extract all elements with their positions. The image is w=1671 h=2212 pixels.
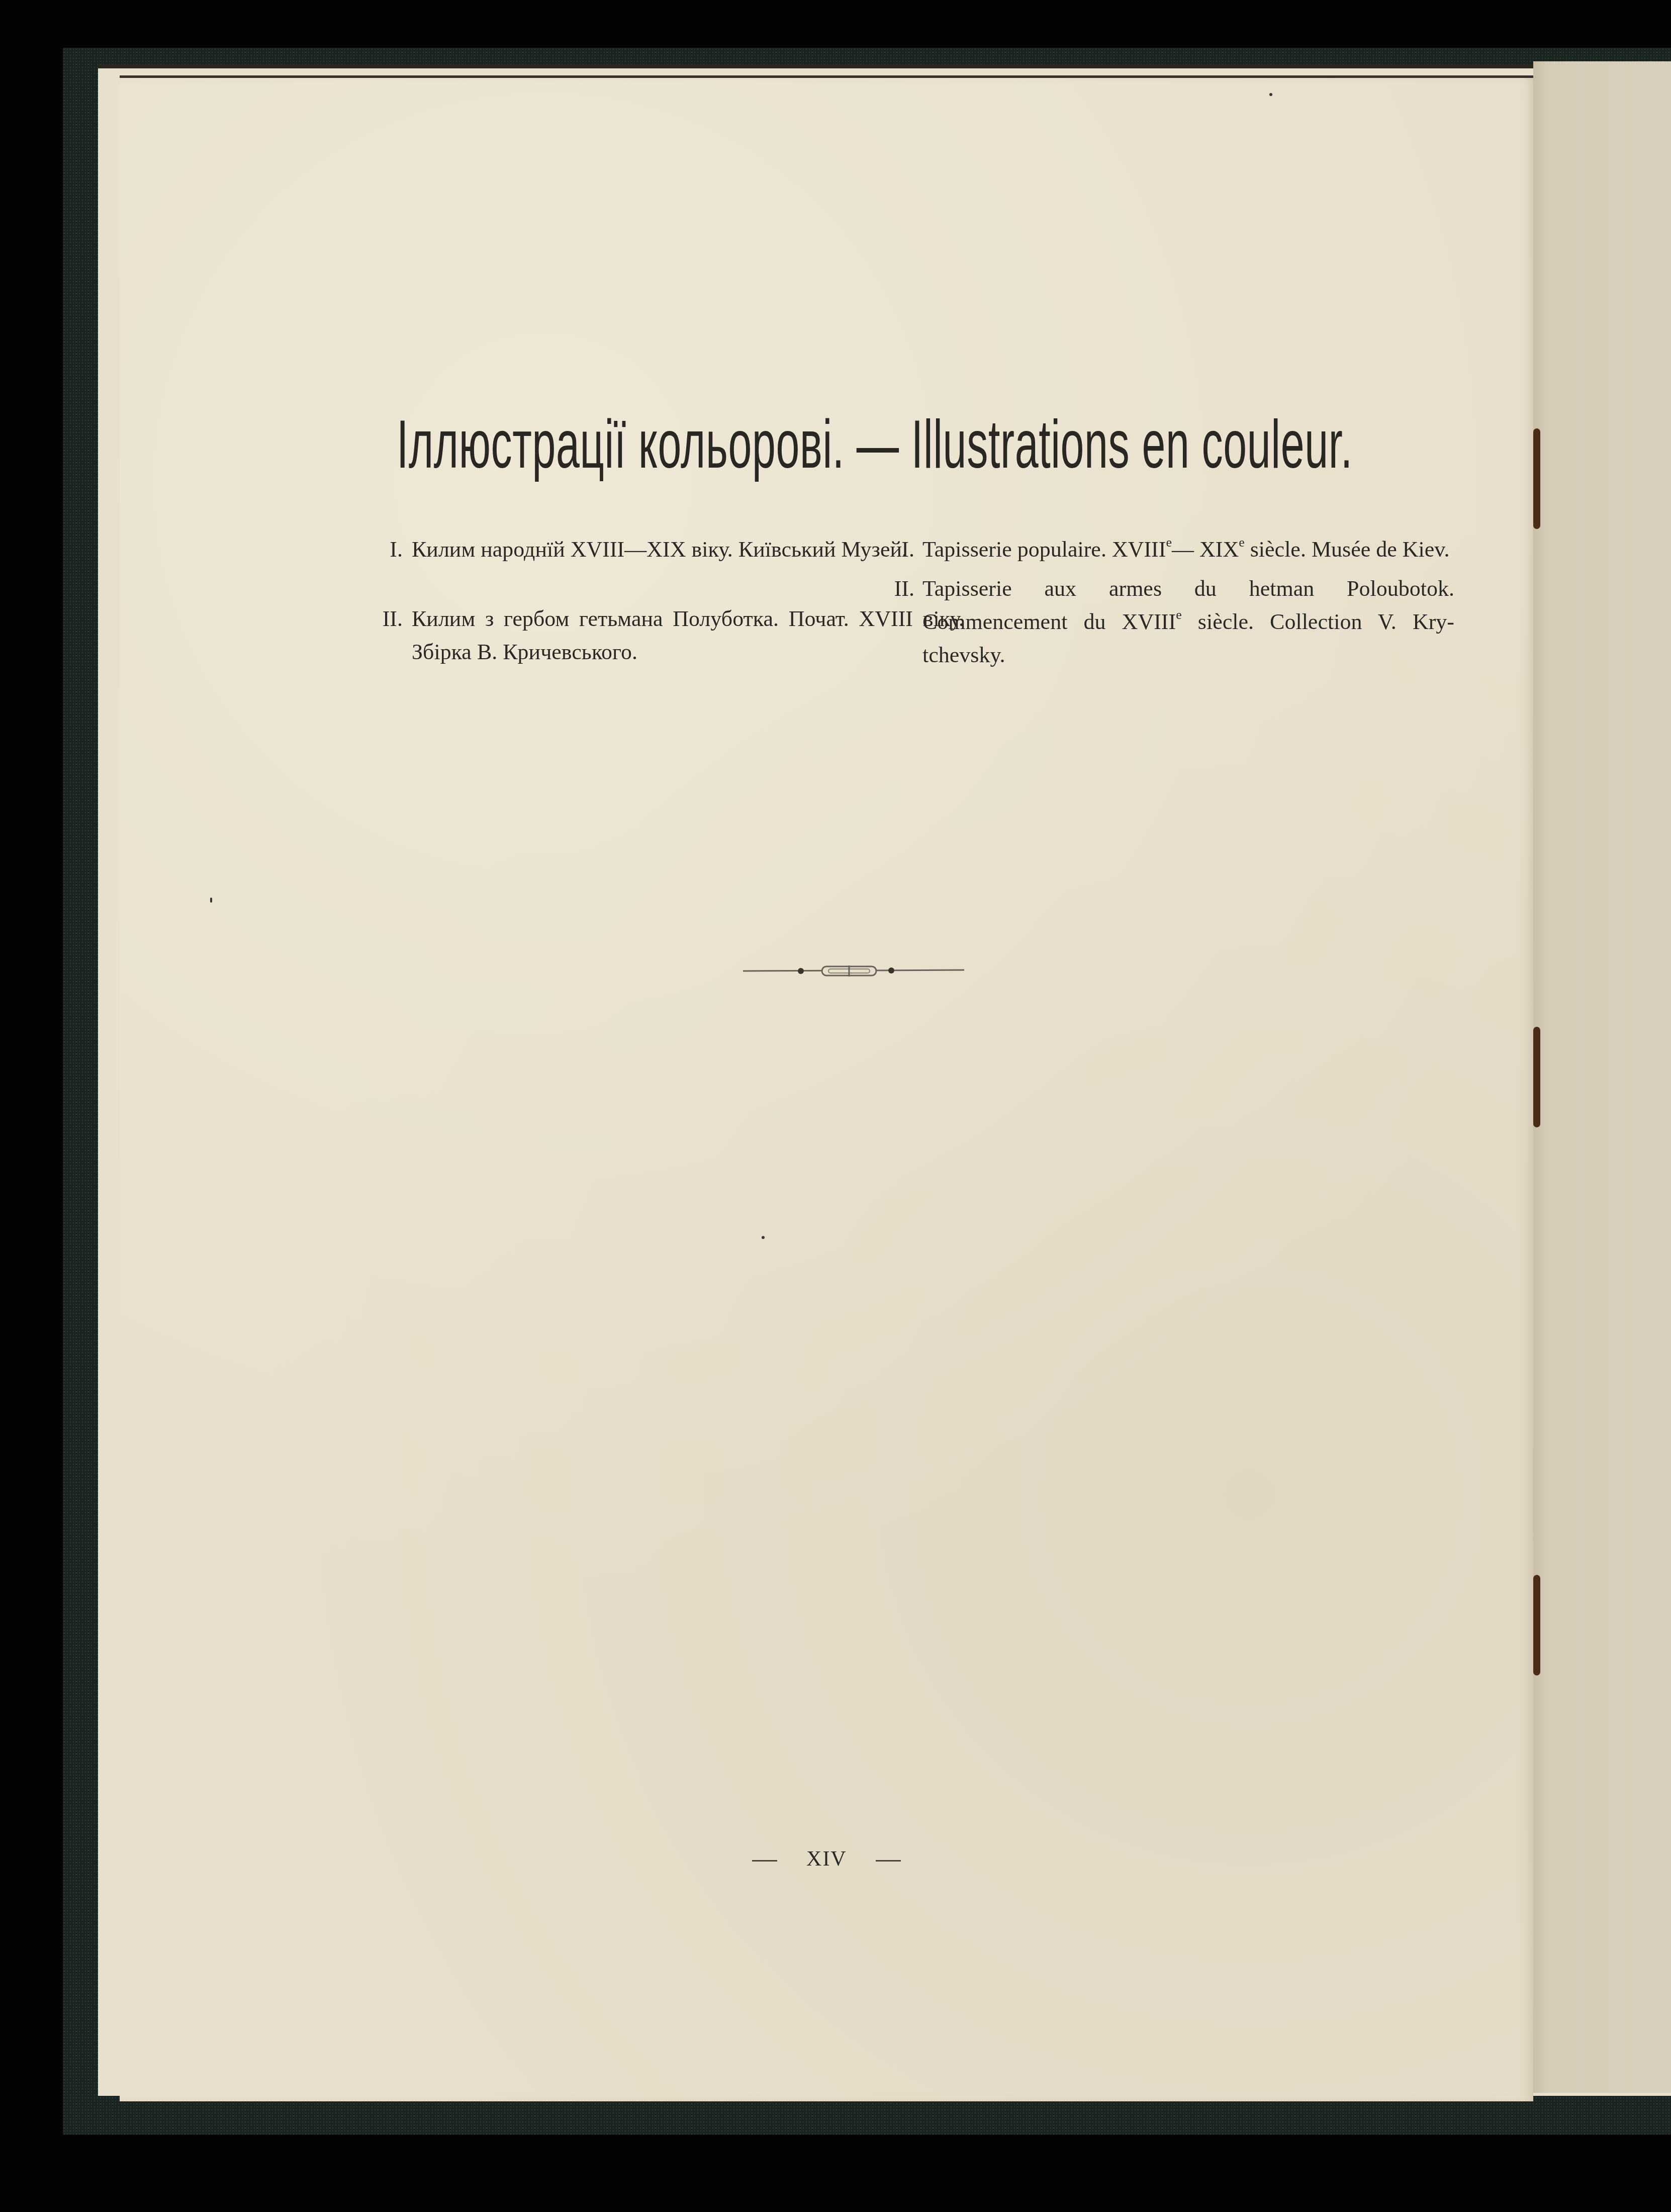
title-ukrainian: Іллюстрації кольорові. (397, 406, 845, 482)
binding-stitch (1533, 1575, 1540, 1675)
decorative-rule-ornament (740, 963, 967, 978)
item-text: Килим з гербом гетьмана Полуботка. Почат… (412, 602, 964, 669)
list-item: I. Килим народнїй XVIII—XIX віку. Київсь… (374, 533, 964, 566)
item-number: II. (374, 602, 403, 669)
book-page: Іллюстрації кольорові. — Illustrations e… (120, 75, 1533, 2101)
item-number: II. (886, 572, 914, 672)
item-number: I. (374, 533, 403, 566)
list-item: II. Tapisserie aux armes du hetman Polou… (886, 572, 1454, 672)
paper-speck (762, 1236, 765, 1239)
item-text: Tapisserie populaire. XVIIIe— XIXe siècl… (922, 533, 1454, 566)
item-number: I. (886, 533, 914, 566)
next-page-edge (1533, 61, 1671, 2093)
folio-dash-right (876, 1860, 901, 1862)
item-text: Килим народнїй XVIII—XIX віку. Київський… (412, 533, 964, 566)
folio-dash-left (752, 1860, 777, 1862)
binding-stitch (1533, 1027, 1540, 1127)
ukrainian-list: I. Килим народнїй XVIII—XIX віку. Київсь… (374, 533, 964, 669)
title-separator: — (857, 406, 899, 482)
paper-speck (1269, 93, 1272, 96)
page-number: XIV (120, 1847, 1533, 1871)
paper-speck (210, 898, 212, 903)
title-french: Illustrations en couleur. (911, 406, 1353, 482)
list-item: II. Килим з гербом гетьмана Полуботка. П… (374, 602, 964, 669)
binding-stitch (1533, 428, 1540, 529)
french-list: I. Tapisserie populaire. XVIIIe— XIXe si… (886, 533, 1454, 672)
list-item: I. Tapisserie populaire. XVIIIe— XIXe si… (886, 533, 1454, 566)
item-text: Tapisserie aux armes du hetman Polouboto… (922, 572, 1454, 672)
page-title: Іллюстрації кольорові. — Illustrations e… (397, 410, 1273, 478)
folio-number: XIV (806, 1847, 847, 1871)
